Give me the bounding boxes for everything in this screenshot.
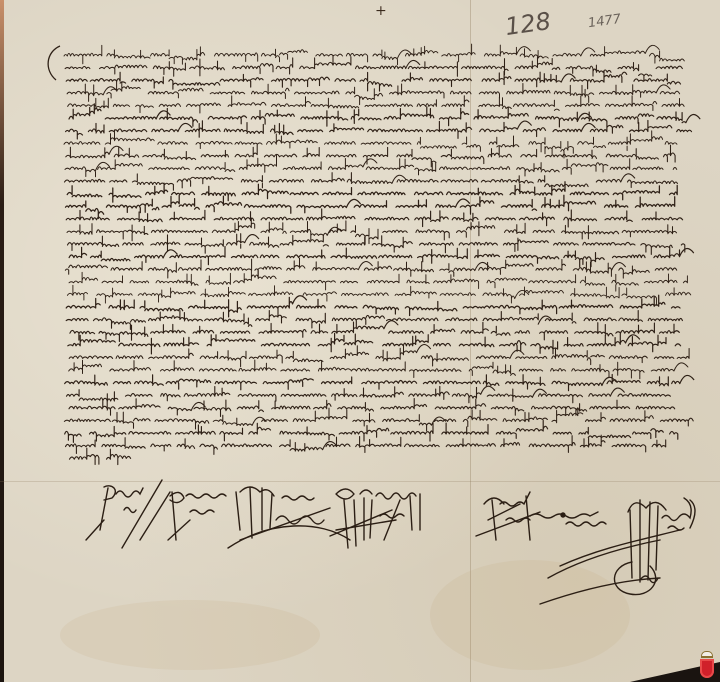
signature-4 bbox=[330, 489, 420, 548]
signatures-block bbox=[0, 0, 720, 682]
signature-1 bbox=[86, 480, 170, 548]
manuscript-page: + 128 1477 Concejo, justicia, regidores.… bbox=[0, 0, 720, 682]
signature-5 bbox=[476, 492, 606, 540]
archive-coat-of-arms-logo bbox=[699, 651, 715, 679]
signature-2 bbox=[168, 492, 226, 540]
crown-icon bbox=[701, 651, 713, 658]
signature-3 bbox=[228, 487, 350, 548]
shield-icon bbox=[700, 659, 714, 678]
